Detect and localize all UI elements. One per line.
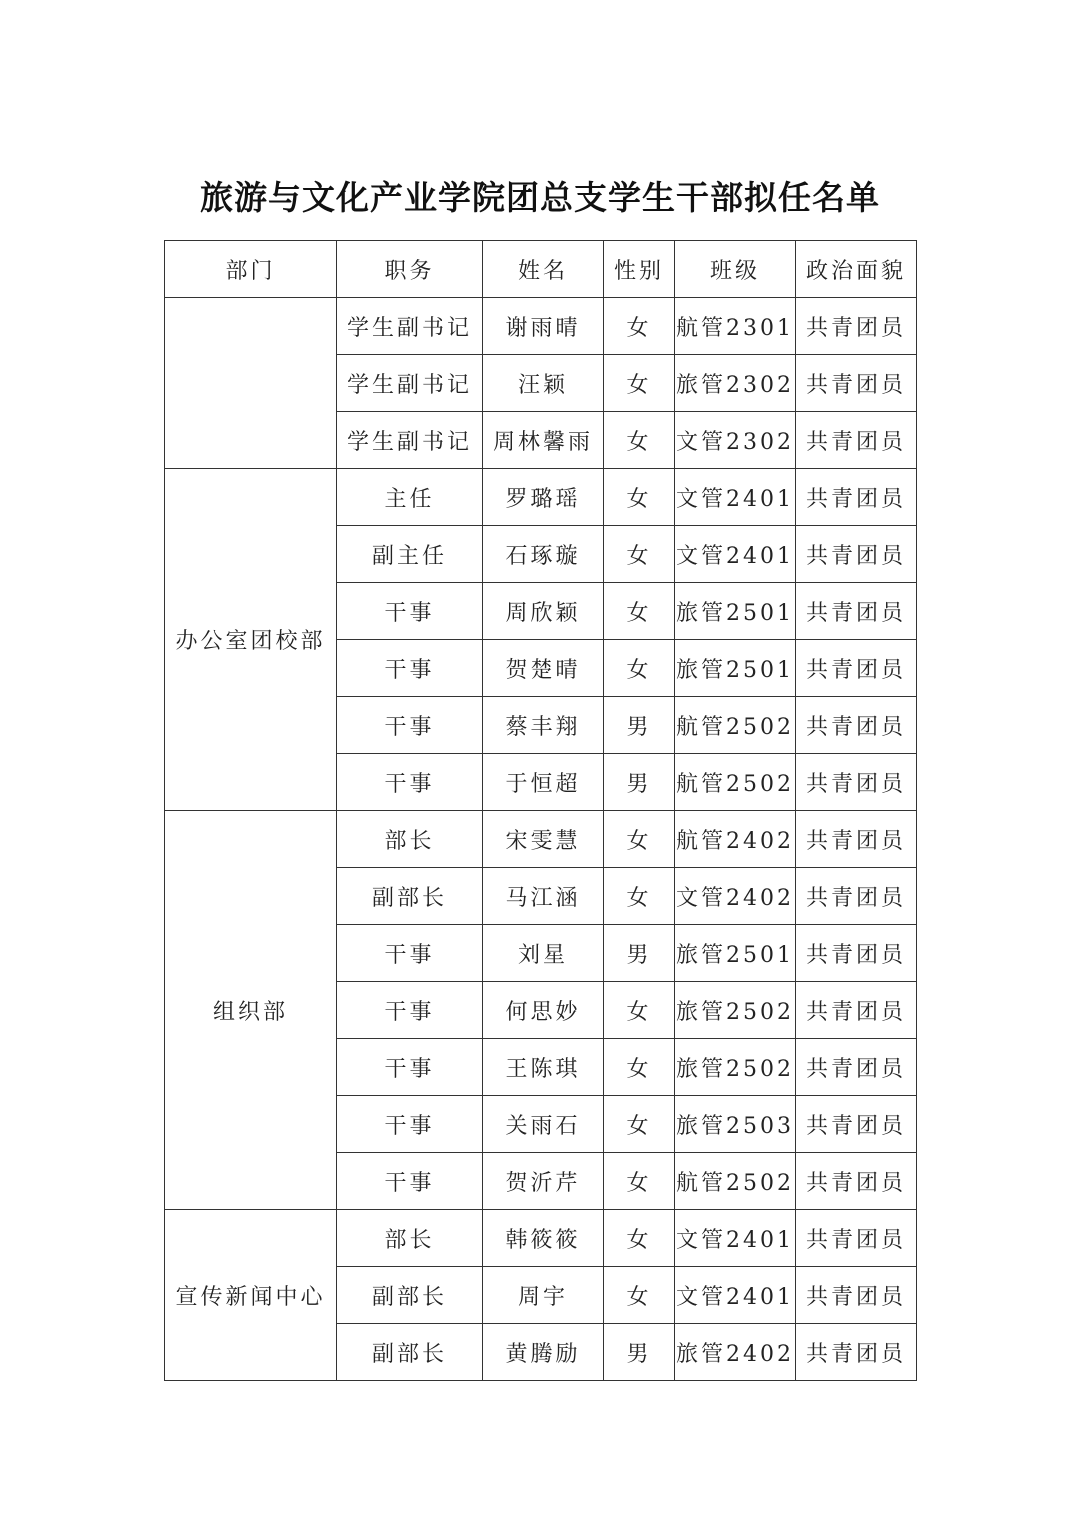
gender-cell: 女 — [604, 1039, 675, 1096]
class-cell: 旅管2503 — [675, 1096, 796, 1153]
role-cell: 干事 — [337, 925, 483, 982]
class-cell: 旅管2502 — [675, 1039, 796, 1096]
gender-cell: 女 — [604, 868, 675, 925]
name-cell: 刘星 — [483, 925, 604, 982]
name-cell: 蔡丰翔 — [483, 697, 604, 754]
gender-cell: 男 — [604, 1324, 675, 1381]
gender-cell: 女 — [604, 1153, 675, 1210]
gender-cell: 女 — [604, 526, 675, 583]
political-status-cell: 共青团员 — [796, 1267, 917, 1324]
role-cell: 主任 — [337, 469, 483, 526]
cadre-roster-table: 部门 职务 姓名 性别 班级 政治面貌 学生副书记 谢雨晴 女 航管2301 共… — [164, 240, 917, 1381]
department-cell: 组织部 — [165, 811, 337, 1210]
name-cell: 关雨石 — [483, 1096, 604, 1153]
role-cell: 副主任 — [337, 526, 483, 583]
class-cell: 旅管2501 — [675, 640, 796, 697]
name-cell: 王陈琪 — [483, 1039, 604, 1096]
class-cell: 航管2402 — [675, 811, 796, 868]
gender-cell: 男 — [604, 925, 675, 982]
gender-cell: 女 — [604, 469, 675, 526]
role-cell: 干事 — [337, 754, 483, 811]
political-status-cell: 共青团员 — [796, 868, 917, 925]
header-gender: 性别 — [604, 241, 675, 298]
name-cell: 黄腾励 — [483, 1324, 604, 1381]
header-row: 部门 职务 姓名 性别 班级 政治面貌 — [165, 241, 917, 298]
class-cell: 旅管2402 — [675, 1324, 796, 1381]
political-status-cell: 共青团员 — [796, 982, 917, 1039]
gender-cell: 男 — [604, 697, 675, 754]
name-cell: 罗璐瑶 — [483, 469, 604, 526]
role-cell: 副部长 — [337, 868, 483, 925]
class-cell: 航管2301 — [675, 298, 796, 355]
name-cell: 于恒超 — [483, 754, 604, 811]
political-status-cell: 共青团员 — [796, 811, 917, 868]
document-title: 旅游与文化产业学院团总支学生干部拟任名单 — [0, 172, 1080, 219]
role-cell: 部长 — [337, 811, 483, 868]
class-cell: 航管2502 — [675, 1153, 796, 1210]
name-cell: 马江涵 — [483, 868, 604, 925]
role-cell: 干事 — [337, 982, 483, 1039]
table-row: 学生副书记 谢雨晴 女 航管2301 共青团员 — [165, 298, 917, 355]
role-cell: 干事 — [337, 1039, 483, 1096]
header-name: 姓名 — [483, 241, 604, 298]
gender-cell: 女 — [604, 355, 675, 412]
class-cell: 文管2302 — [675, 412, 796, 469]
political-status-cell: 共青团员 — [796, 1153, 917, 1210]
role-cell: 干事 — [337, 1153, 483, 1210]
political-status-cell: 共青团员 — [796, 1096, 917, 1153]
header-political-status: 政治面貌 — [796, 241, 917, 298]
gender-cell: 女 — [604, 1267, 675, 1324]
gender-cell: 女 — [604, 1210, 675, 1267]
department-cell: 宣传新闻中心 — [165, 1210, 337, 1381]
table-row: 办公室团校部 主任 罗璐瑶 女 文管2401 共青团员 — [165, 469, 917, 526]
role-cell: 副部长 — [337, 1324, 483, 1381]
political-status-cell: 共青团员 — [796, 925, 917, 982]
gender-cell: 女 — [604, 982, 675, 1039]
name-cell: 石琢璇 — [483, 526, 604, 583]
political-status-cell: 共青团员 — [796, 1210, 917, 1267]
name-cell: 贺沂芹 — [483, 1153, 604, 1210]
political-status-cell: 共青团员 — [796, 526, 917, 583]
gender-cell: 女 — [604, 412, 675, 469]
class-cell: 旅管2501 — [675, 925, 796, 982]
table-row: 宣传新闻中心 部长 韩筱筱 女 文管2401 共青团员 — [165, 1210, 917, 1267]
political-status-cell: 共青团员 — [796, 298, 917, 355]
name-cell: 汪颖 — [483, 355, 604, 412]
role-cell: 学生副书记 — [337, 355, 483, 412]
political-status-cell: 共青团员 — [796, 754, 917, 811]
gender-cell: 男 — [604, 754, 675, 811]
political-status-cell: 共青团员 — [796, 355, 917, 412]
political-status-cell: 共青团员 — [796, 640, 917, 697]
political-status-cell: 共青团员 — [796, 469, 917, 526]
gender-cell: 女 — [604, 640, 675, 697]
department-cell — [165, 298, 337, 469]
class-cell: 文管2402 — [675, 868, 796, 925]
role-cell: 副部长 — [337, 1267, 483, 1324]
gender-cell: 女 — [604, 811, 675, 868]
name-cell: 贺楚晴 — [483, 640, 604, 697]
role-cell: 学生副书记 — [337, 412, 483, 469]
header-class: 班级 — [675, 241, 796, 298]
name-cell: 周宇 — [483, 1267, 604, 1324]
role-cell: 干事 — [337, 583, 483, 640]
class-cell: 文管2401 — [675, 469, 796, 526]
header-role: 职务 — [337, 241, 483, 298]
gender-cell: 女 — [604, 1096, 675, 1153]
political-status-cell: 共青团员 — [796, 1039, 917, 1096]
gender-cell: 女 — [604, 298, 675, 355]
class-cell: 航管2502 — [675, 697, 796, 754]
role-cell: 干事 — [337, 1096, 483, 1153]
gender-cell: 女 — [604, 583, 675, 640]
name-cell: 周欣颖 — [483, 583, 604, 640]
name-cell: 周林馨雨 — [483, 412, 604, 469]
role-cell: 学生副书记 — [337, 298, 483, 355]
political-status-cell: 共青团员 — [796, 412, 917, 469]
name-cell: 何思妙 — [483, 982, 604, 1039]
role-cell: 部长 — [337, 1210, 483, 1267]
department-cell: 办公室团校部 — [165, 469, 337, 811]
name-cell: 韩筱筱 — [483, 1210, 604, 1267]
name-cell: 谢雨晴 — [483, 298, 604, 355]
header-department: 部门 — [165, 241, 337, 298]
name-cell: 宋雯慧 — [483, 811, 604, 868]
role-cell: 干事 — [337, 640, 483, 697]
class-cell: 文管2401 — [675, 1210, 796, 1267]
class-cell: 旅管2501 — [675, 583, 796, 640]
political-status-cell: 共青团员 — [796, 583, 917, 640]
class-cell: 文管2401 — [675, 1267, 796, 1324]
class-cell: 文管2401 — [675, 526, 796, 583]
class-cell: 旅管2502 — [675, 982, 796, 1039]
role-cell: 干事 — [337, 697, 483, 754]
political-status-cell: 共青团员 — [796, 1324, 917, 1381]
class-cell: 旅管2302 — [675, 355, 796, 412]
table-row: 组织部 部长 宋雯慧 女 航管2402 共青团员 — [165, 811, 917, 868]
class-cell: 航管2502 — [675, 754, 796, 811]
political-status-cell: 共青团员 — [796, 697, 917, 754]
